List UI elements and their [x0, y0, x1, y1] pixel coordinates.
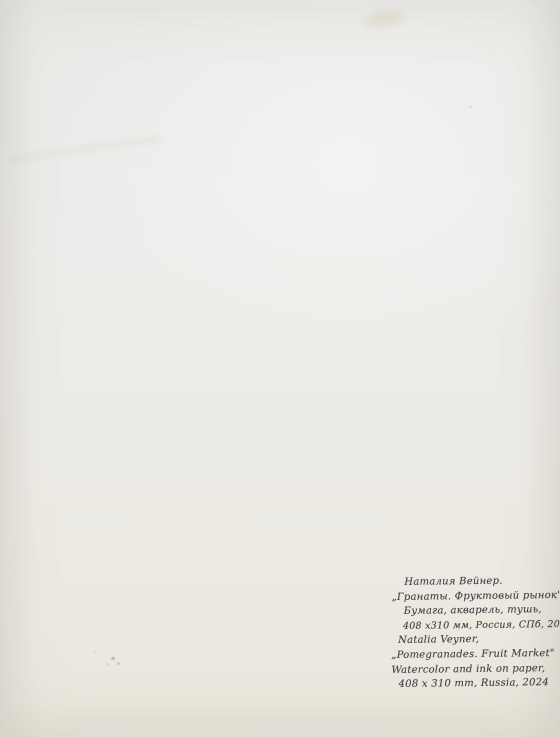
paper-speck: [470, 106, 472, 108]
handwritten-inscription: Наталия Вейнер. „Гранаты. Фруктовый рыно…: [390, 574, 559, 693]
paper-stain: [346, 0, 421, 39]
paper-speck: [94, 651, 96, 653]
inscription-russian-block: Наталия Вейнер. „Гранаты. Фруктовый рыно…: [390, 574, 559, 634]
paper-speck: [111, 657, 115, 660]
artwork-size-year-en: 408 x 310 mm, Russia, 2024: [399, 676, 560, 693]
artwork-medium-ru: Бумага, акварель, тушь,: [404, 603, 559, 619]
paper-speck: [106, 663, 109, 665]
artwork-size-year-ru: 408 х310 мм, Россия, СПб, 2024 г.: [403, 618, 559, 634]
artwork-title-en: „Pomegranades. Fruit Market": [391, 647, 559, 664]
artwork-back-photo: Наталия Вейнер. „Гранаты. Фруктовый рыно…: [0, 0, 560, 737]
paper-speck: [117, 662, 120, 665]
inscription-english-block: Natalia Veyner, „Pomegranades. Fruit Mar…: [391, 632, 560, 692]
paper-crease: [10, 134, 161, 164]
